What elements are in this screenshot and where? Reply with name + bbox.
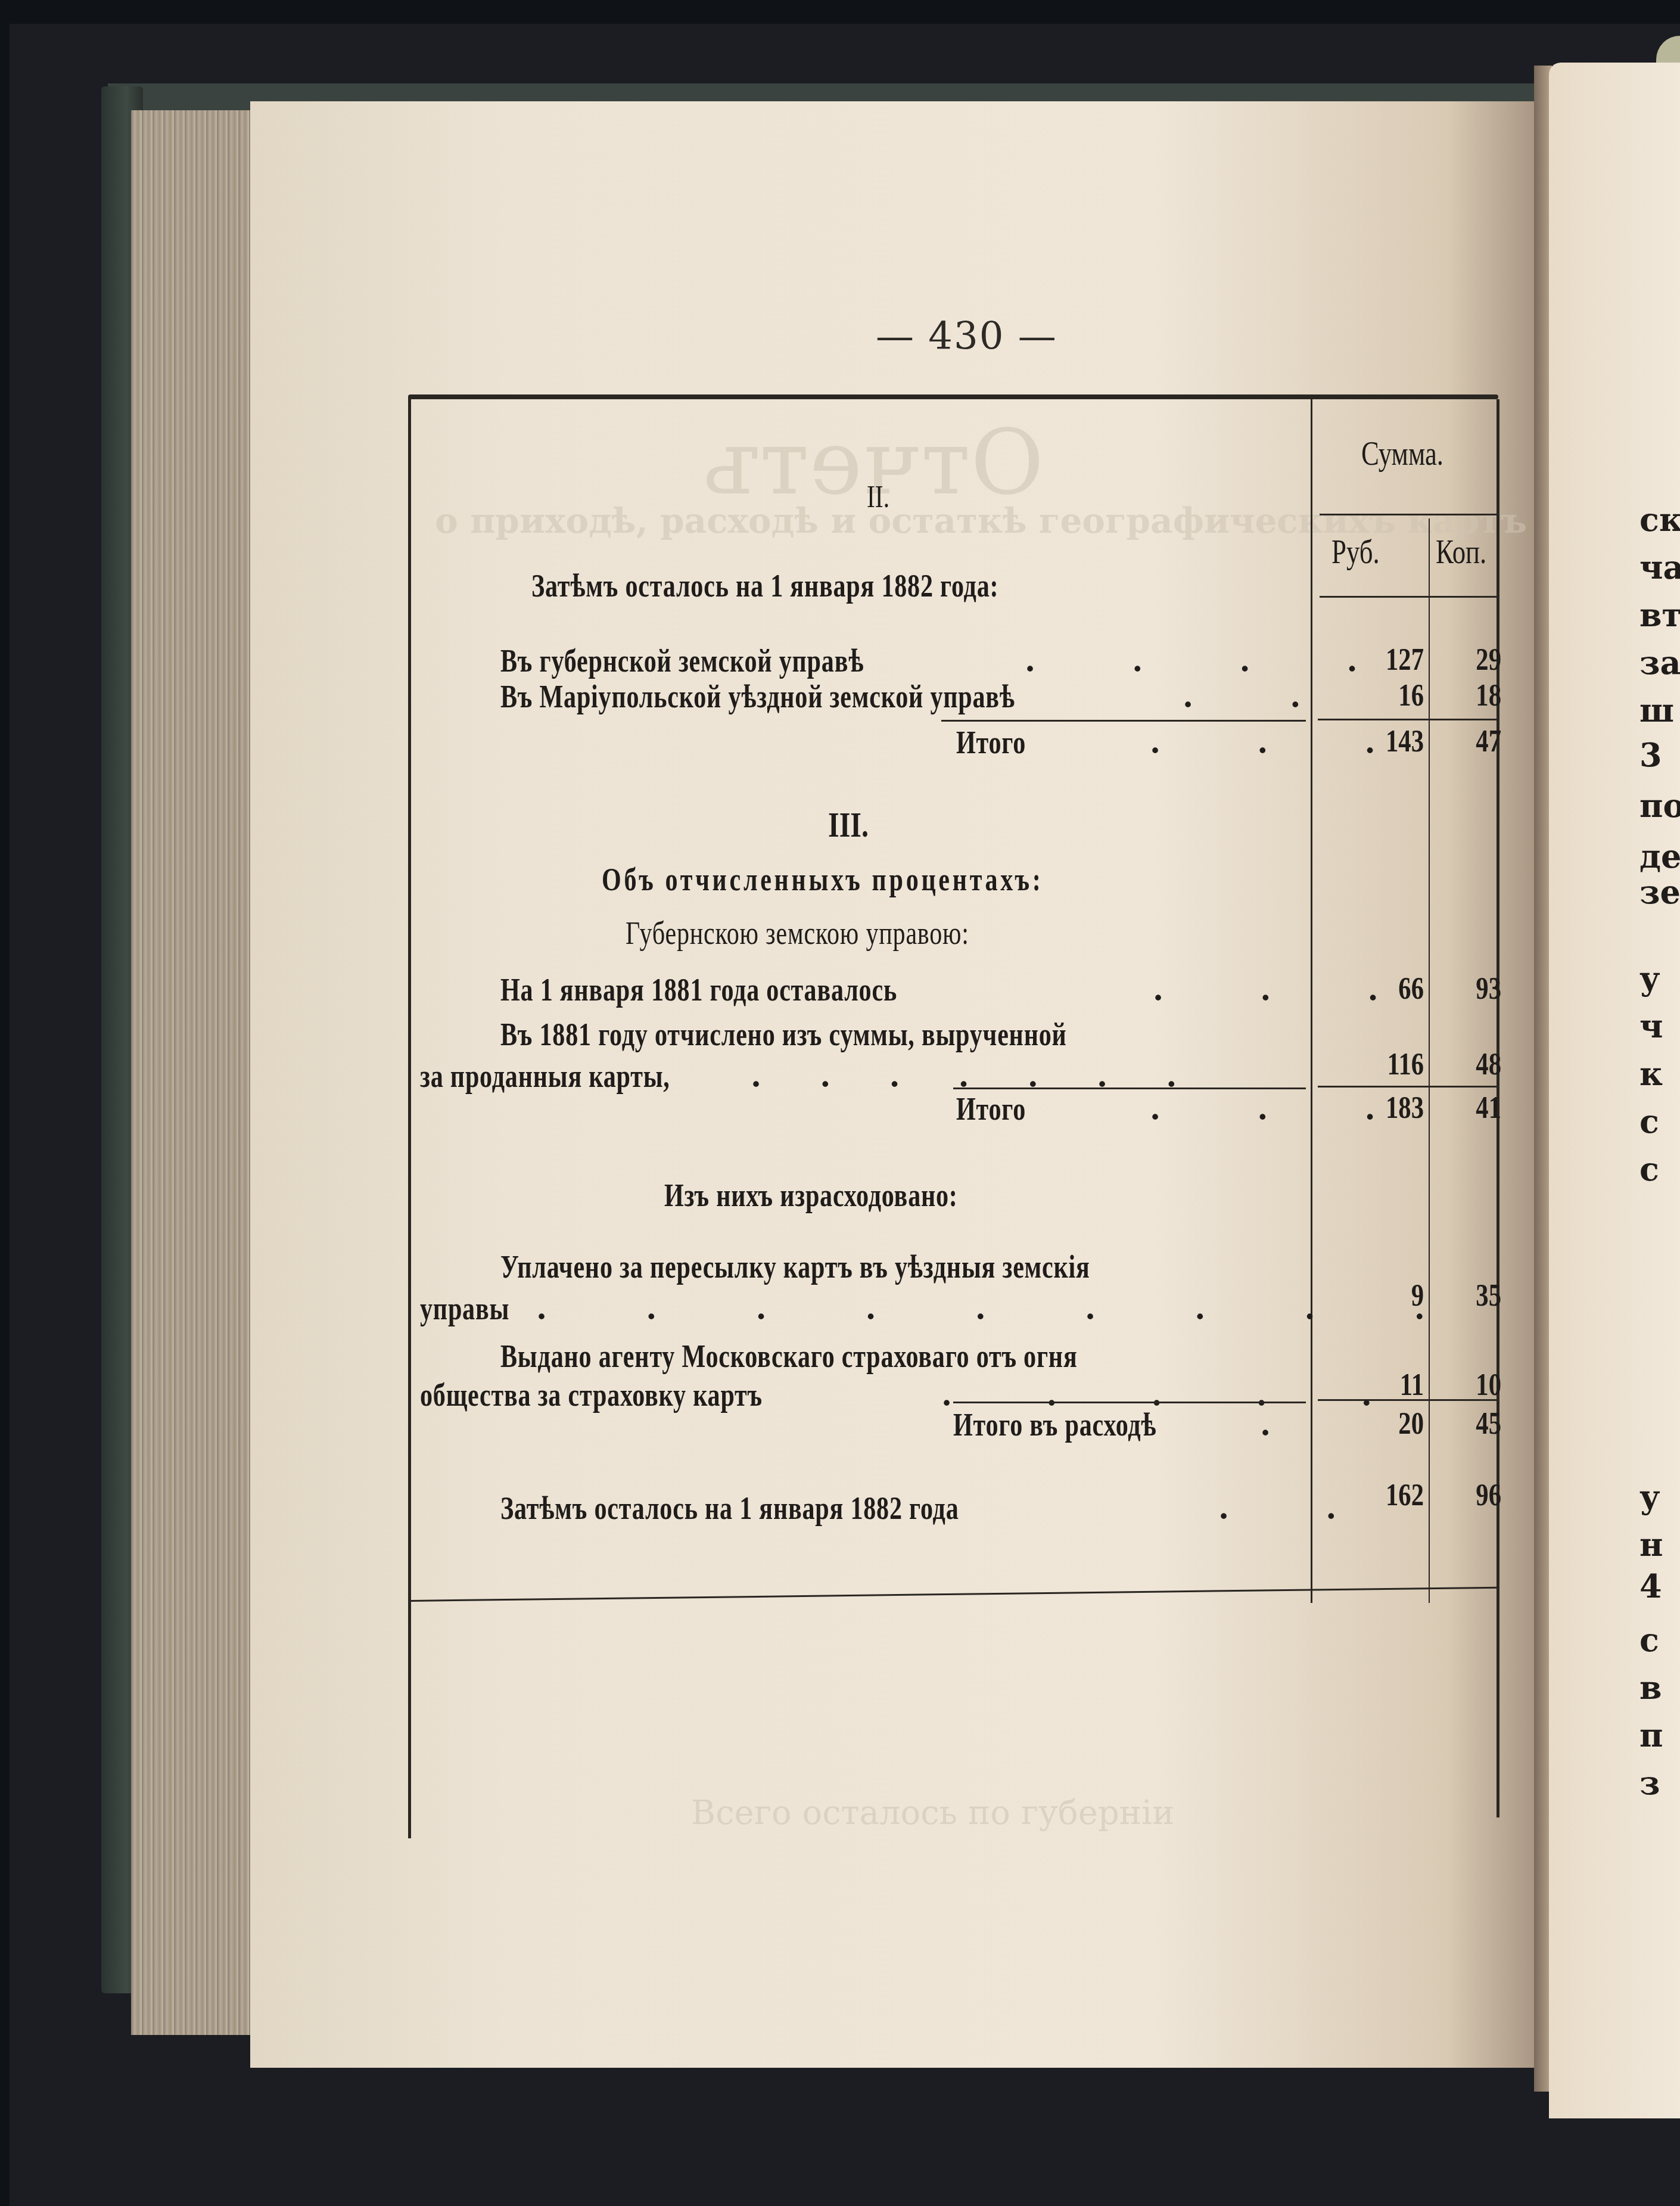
expenses-total-rule [953, 1402, 1306, 1403]
row-insurance-label-line1: Выдано агенту Московскаго страховаго отъ… [500, 1338, 1077, 1375]
rub-kop-divider [1429, 518, 1430, 1603]
row-postage-kop: 35 [1476, 1278, 1501, 1313]
kop-header: Коп. [1436, 533, 1486, 571]
section-ii-total-dots: . . . [1150, 724, 1418, 760]
row-mariupol-kop: 18 [1476, 678, 1501, 713]
section-iii-subtitle: Губернскою земскою управою: [626, 915, 969, 952]
fragment-letter: 4 [1639, 1567, 1662, 1605]
section-ii-total-kop: 47 [1476, 724, 1501, 759]
subtotal-rule-iii [953, 1088, 1306, 1089]
section-ii-total-rub: 143 [1386, 724, 1424, 759]
fragment-letter: ча [1639, 548, 1680, 586]
expenses-total-rule-sum [1318, 1399, 1497, 1401]
fragment-letter: в [1639, 1669, 1662, 1707]
row-gubernskaya-kop: 29 [1476, 642, 1501, 678]
row-mariupol-dots: . . [1183, 678, 1343, 714]
section-ii-numeral: II. [867, 480, 889, 515]
row-mariupol-rub: 16 [1398, 678, 1424, 713]
fragment-letter: ч [1639, 1007, 1663, 1045]
section-iii-title: Объ отчисленныхъ процентахъ: [602, 861, 1043, 898]
row-postage-label-line2: управы [420, 1290, 509, 1327]
page-edges-stack [131, 110, 256, 2035]
rub-header: Руб. [1331, 533, 1380, 571]
fragment-letter: де [1639, 837, 1680, 875]
row-insurance-label-line2: общества за страховку картъ [420, 1377, 763, 1413]
row-insurance-kop: 10 [1476, 1368, 1501, 1403]
section-iii-total-rub: 183 [1386, 1090, 1424, 1126]
fragment-letter: с [1639, 1150, 1659, 1188]
fragment-letter: за [1639, 644, 1680, 682]
row-allocated-label-line2: за проданныя карты, [420, 1058, 670, 1095]
expenses-total-dots: . [1260, 1406, 1314, 1443]
row-postage-dots: . . . . . . . . . [536, 1290, 1469, 1326]
remaining-dots: . . [1218, 1490, 1379, 1526]
row-allocated-label-line1: Въ 1881 году отчислено изъ суммы, выруче… [500, 1016, 1067, 1053]
section-iii-total-dots: . . . [1150, 1090, 1418, 1127]
fragment-letter: с [1639, 1102, 1659, 1141]
section-iii-numeral: III. [828, 804, 869, 846]
remaining-kop: 96 [1476, 1478, 1501, 1513]
expenses-total-label: Итого въ расходѣ [953, 1406, 1156, 1443]
row-jan1881-label: На 1 января 1881 года оставалось [500, 971, 897, 1008]
section-ii-title: Затѣмъ осталось на 1 января 1882 года: [531, 567, 998, 604]
row-jan1881-kop: 93 [1476, 971, 1501, 1006]
subtotal-rule-ii [941, 720, 1306, 722]
fragment-letter: ск [1639, 501, 1680, 539]
page-number: — 430 — [876, 315, 1057, 359]
row-allocated-kop: 48 [1476, 1047, 1501, 1082]
fragment-letter: зе [1639, 873, 1680, 911]
section-iii-total-label: Итого [956, 1090, 1026, 1127]
subtotal-rule-iii-sum [1318, 1086, 1497, 1088]
fragment-letter: по [1639, 787, 1680, 825]
row-jan1881-dots: . . . [1153, 971, 1421, 1008]
fragment-letter: к [1639, 1055, 1663, 1093]
table-top-border [408, 394, 1498, 399]
fragment-letter: ш [1639, 691, 1674, 729]
fragment-letter: с [1639, 1621, 1659, 1659]
expenses-title: Изъ нихъ израсходовано: [664, 1177, 958, 1214]
sum-header-rule [1320, 514, 1497, 515]
bleed-through-footer: Всего осталось по губерніи [691, 1794, 1174, 1832]
row-gubernskaya-rub: 127 [1386, 642, 1424, 678]
expenses-total-rub: 20 [1398, 1406, 1424, 1441]
row-insurance-rub: 11 [1400, 1368, 1424, 1403]
remaining-label: Затѣмъ осталось на 1 января 1882 года [500, 1490, 959, 1527]
fragment-letter: вт [1639, 596, 1680, 634]
row-allocated-rub: 116 [1387, 1047, 1424, 1082]
section-ii-total-label: Итого [956, 724, 1026, 761]
fragment-letter: у [1639, 959, 1660, 998]
row-postage-rub: 9 [1411, 1278, 1424, 1313]
fragment-letter: у [1639, 1478, 1660, 1516]
section-iii-total-kop: 41 [1476, 1090, 1501, 1126]
row-mariupol-label: Въ Маріупольской уѣздной земской управѣ [500, 678, 1015, 715]
row-postage-label-line1: Уплачено за пересылку картъ въ уѣздныя з… [500, 1248, 1090, 1285]
fragment-letter: з [1639, 1764, 1660, 1802]
row-gubernskaya-dots: . . . . [1025, 642, 1401, 679]
remaining-rub: 162 [1386, 1478, 1424, 1513]
fragment-letter: н [1639, 1525, 1663, 1564]
expenses-total-kop: 45 [1476, 1406, 1501, 1441]
row-gubernskaya-label: Въ губернской земской управѣ [500, 642, 864, 679]
table-left-border [408, 396, 411, 1838]
fragment-letter: 3 [1639, 736, 1662, 774]
sum-header: Сумма. [1361, 435, 1443, 473]
subtotal-rule-ii-sum [1318, 719, 1497, 720]
rub-kop-header-rule [1320, 596, 1497, 598]
fragment-letter: п [1639, 1716, 1663, 1754]
row-jan1881-rub: 66 [1398, 971, 1424, 1006]
